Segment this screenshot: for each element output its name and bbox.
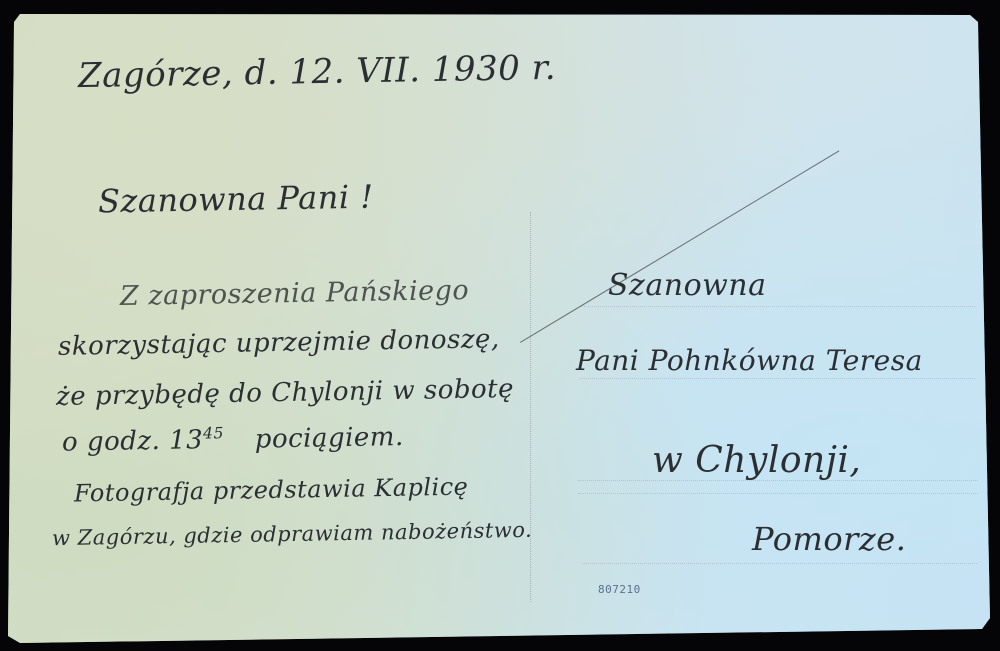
message-line-4: o godz. 1345 pociągiem. [62,421,404,458]
address-line-1 [580,306,975,307]
address-town: w Chylonji, [652,440,861,481]
message-line-5: Fotografja przedstawia Kaplicę [74,473,469,508]
message-line-2: skorzystając uprzejmie donoszę, [58,324,500,362]
vertical-divider [530,212,531,602]
place-date: Zagórze, d. 12. VII. 1930 r. [78,48,557,96]
message-line-6: w Zagórzu, gdzie odprawiam nabożeństwo. [52,518,533,550]
diagonal-pen-stroke [520,150,839,343]
postcard-back: Zagórze, d. 12. VII. 1930 r. Szanowna Pa… [0,0,1000,651]
salutation: Szanowna Pani ! [98,178,374,221]
address-region: Pomorze. [752,520,906,558]
address-salutation: Szanowna [608,268,767,303]
serial-number: 807210 [598,583,641,596]
address-line-4 [578,493,978,494]
address-line-5 [582,563,977,564]
message-line-3: że przybędę do Chylonji w sobotę [56,374,514,412]
train-word: pociągiem. [255,422,404,455]
address-recipient: Pani Pohnkówna Teresa [576,344,923,377]
message-line-1: Z zaproszenia Pańskiego [120,275,470,312]
departure-time: o godz. 13 [62,425,204,457]
address-line-2 [580,378,975,379]
departure-time-minutes: 45 [203,424,224,442]
